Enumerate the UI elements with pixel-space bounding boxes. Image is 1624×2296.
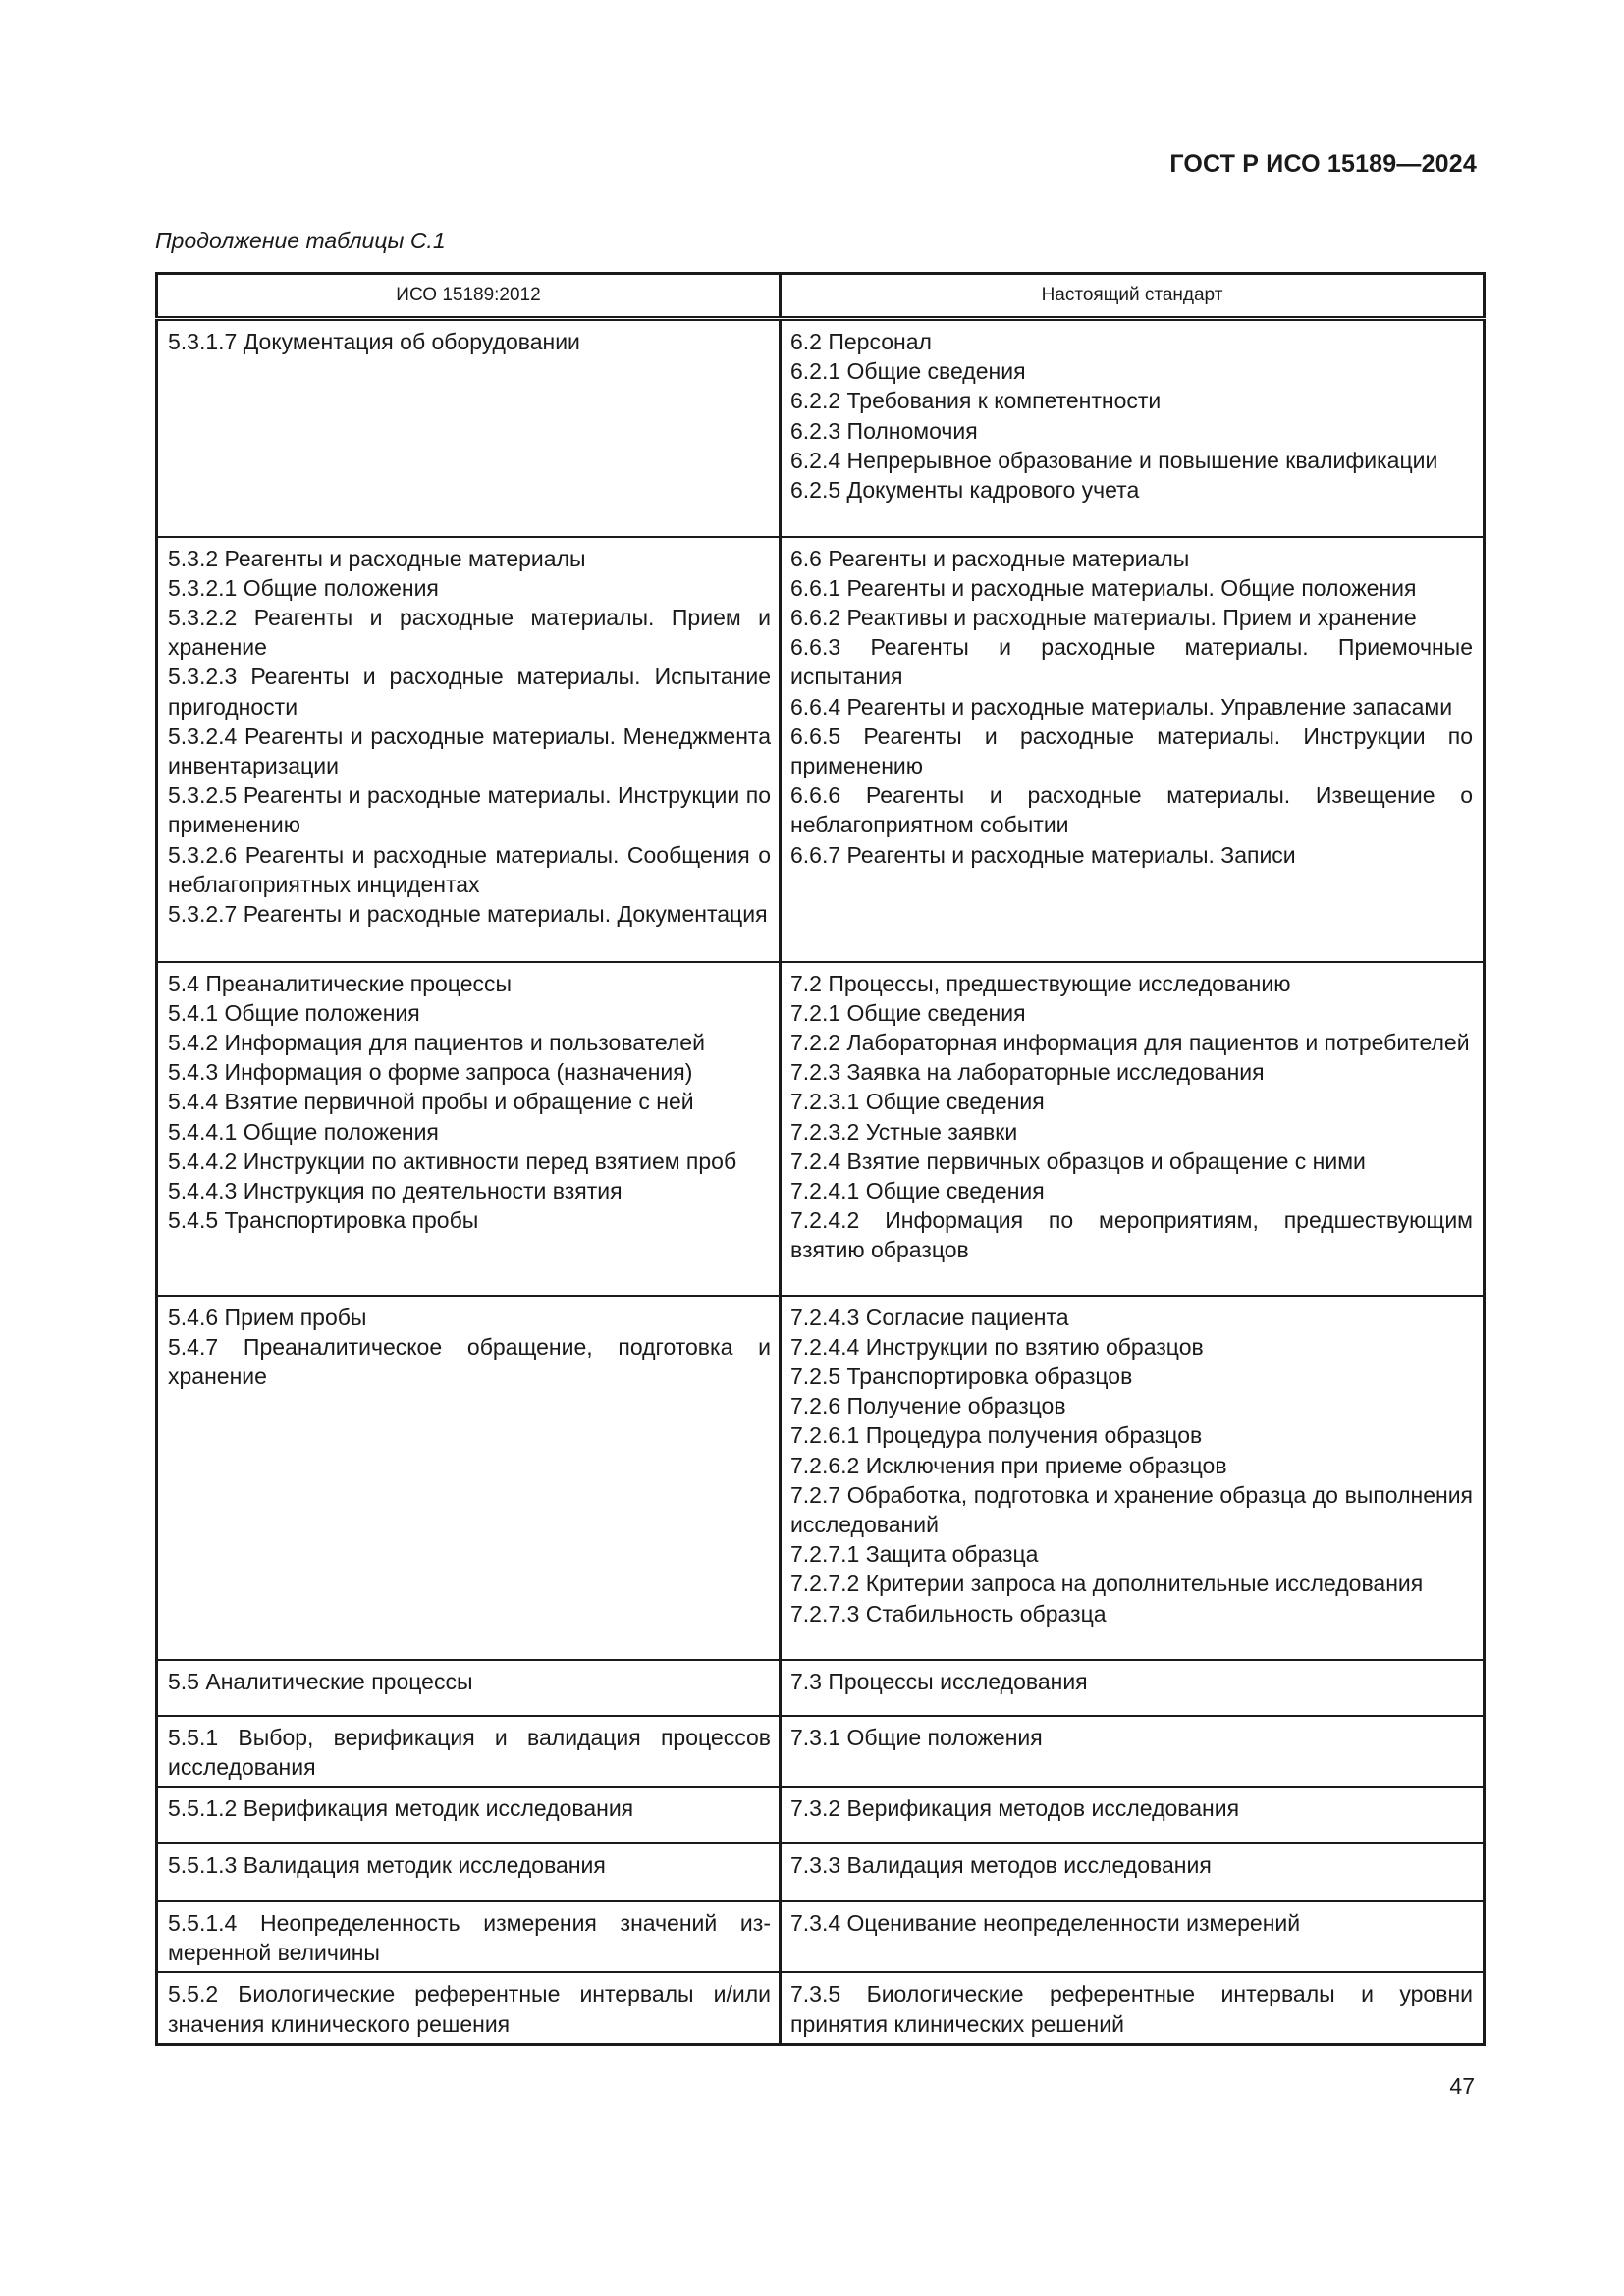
cell-current-standard: 7.3.3 Валидация методов исследования: [781, 1843, 1485, 1901]
cell-current-standard: 7.2.4.3 Согласие пациента7.2.4.4 Инструк…: [781, 1296, 1485, 1660]
clause-entry: 5.4.1 Общие положения: [168, 998, 771, 1028]
clause-entry: 5.5.1.3 Валидация методик исследования: [168, 1850, 771, 1880]
clause-entry: 6.6.4 Реагенты и расходные материалы. Уп…: [790, 692, 1473, 721]
cell-current-standard: 6.6 Реагенты и расходные материалы6.6.1 …: [781, 537, 1485, 962]
clause-entry: 7.3.5 Биологические референтные интервал…: [790, 1979, 1473, 2038]
clause-entry: 6.6.7 Реагенты и расходные материалы. За…: [790, 840, 1473, 870]
clause-entry: 7.2.4 Взятие первичных образцов и обраще…: [790, 1147, 1473, 1176]
standard-code-header: ГОСТ Р ИСО 15189—2024: [1169, 150, 1477, 179]
clause-entry: 5.3.2.5 Реагенты и расходные материалы. …: [168, 780, 771, 839]
cell-iso-2012: 5.4.6 Прием пробы5.4.7 Преаналитическое …: [157, 1296, 781, 1660]
table-body: 5.3.1.7 Документация об оборудовании6.2 …: [157, 319, 1485, 2045]
table-row: 5.5.1.2 Верификация методик исследования…: [157, 1787, 1485, 1843]
clause-entry: 7.2.4.2 Информация по мероприятиям, пред…: [790, 1205, 1473, 1264]
cell-iso-2012: 5.5.1.4 Неопределенность измерения значе…: [157, 1901, 781, 1972]
clause-entry: 7.3 Процессы исследования: [790, 1667, 1473, 1696]
clause-entry: 5.3.2.4 Реагенты и расходные материалы. …: [168, 721, 771, 780]
table-row: 5.5.2 Биологические референтные интервал…: [157, 1972, 1485, 2044]
clause-entry: 5.4.7 Преаналитическое обращение, подгот…: [168, 1332, 771, 1391]
clause-entry: 7.2.4.1 Общие сведения: [790, 1176, 1473, 1205]
cell-iso-2012: 5.5 Аналитические процессы: [157, 1660, 781, 1716]
cell-current-standard: 6.2 Персонал6.2.1 Общие сведения6.2.2 Тр…: [781, 319, 1485, 537]
clause-entry: 7.2.2 Лабораторная информация для пациен…: [790, 1028, 1473, 1057]
clause-entry: 6.2.3 Полномочия: [790, 416, 1473, 446]
clause-entry: 6.6.6 Реагенты и расходные материалы. Из…: [790, 780, 1473, 839]
clause-entry: 6.2 Персонал: [790, 327, 1473, 356]
clause-entry: 6.6.5 Реагенты и расходные материалы. Ин…: [790, 721, 1473, 780]
clause-entry: 5.4.3 Информация о форме запроса (назнач…: [168, 1057, 771, 1087]
clause-entry: 7.2.6 Получение образцов: [790, 1391, 1473, 1420]
clause-entry: 6.2.2 Требования к компетентности: [790, 386, 1473, 415]
clause-entry: 7.3.4 Оценивание неопределенности измере…: [790, 1908, 1473, 1938]
clause-entry: 5.3.1.7 Документация об оборудовании: [168, 327, 771, 356]
clause-entry: 5.4.6 Прием пробы: [168, 1303, 771, 1332]
cell-iso-2012: 5.3.1.7 Документация об оборудовании: [157, 319, 781, 537]
table-row: 5.5.1.4 Неопределенность измерения значе…: [157, 1901, 1485, 1972]
clause-entry: 5.3.2.3 Реагенты и расходные материалы. …: [168, 662, 771, 721]
clause-entry: 7.2.4.3 Согласие пациента: [790, 1303, 1473, 1332]
table-caption: Продолжение таблицы С.1: [155, 228, 446, 254]
clause-entry: 7.2.3.2 Устные заявки: [790, 1117, 1473, 1147]
clause-entry: 6.2.1 Общие сведения: [790, 356, 1473, 386]
clause-entry: 7.3.2 Верификация методов исследования: [790, 1793, 1473, 1823]
cell-current-standard: 7.3 Процессы исследования: [781, 1660, 1485, 1716]
table-row: 5.5.1.3 Валидация методик исследования7.…: [157, 1843, 1485, 1901]
clause-entry: 5.4.4.1 Общие положения: [168, 1117, 771, 1147]
table-row: 5.5 Аналитические процессы7.3 Процессы и…: [157, 1660, 1485, 1716]
clause-entry: 7.2.3.1 Общие сведения: [790, 1087, 1473, 1116]
clause-entry: 7.2.5 Транспортировка образцов: [790, 1362, 1473, 1391]
clause-entry: 5.5 Аналитические процессы: [168, 1667, 771, 1696]
column-header-current-standard: Настоящий стандарт: [781, 274, 1485, 319]
clause-entry: 6.6.2 Реактивы и расходные материалы. Пр…: [790, 603, 1473, 632]
clause-entry: 5.5.1.4 Неопределенность измерения значе…: [168, 1908, 771, 1967]
clause-entry: 5.4.4.2 Инструкции по активности перед в…: [168, 1147, 771, 1176]
column-header-iso-2012: ИСО 15189:2012: [157, 274, 781, 319]
correspondence-table-container: ИСО 15189:2012 Настоящий стандарт 5.3.1.…: [155, 272, 1483, 2046]
cell-iso-2012: 5.3.2 Реагенты и расходные материалы5.3.…: [157, 537, 781, 962]
clause-entry: 7.2.7.2 Критерии запроса на дополнительн…: [790, 1569, 1473, 1598]
clause-entry: 7.2.4.4 Инструкции по взятию образцов: [790, 1332, 1473, 1362]
cell-current-standard: 7.3.1 Общие положения: [781, 1716, 1485, 1787]
clause-entry: 5.3.2.7 Реагенты и расходные материалы. …: [168, 899, 771, 929]
table-row: 5.3.1.7 Документация об оборудовании6.2 …: [157, 319, 1485, 537]
clause-entry: 5.4.2 Информация для пациентов и пользов…: [168, 1028, 771, 1057]
clause-entry: 7.2.6.2 Исключения при приеме образцов: [790, 1451, 1473, 1480]
table-row: 5.3.2 Реагенты и расходные материалы5.3.…: [157, 537, 1485, 962]
clause-entry: 5.3.2 Реагенты и расходные материалы: [168, 544, 771, 573]
clause-entry: 6.2.5 Документы кадрового учета: [790, 475, 1473, 505]
cell-current-standard: 7.3.4 Оценивание неопределенности измере…: [781, 1901, 1485, 1972]
clause-entry: 5.4 Преаналитические процессы: [168, 969, 771, 998]
clause-entry: 7.2.7.1 Защита образца: [790, 1539, 1473, 1569]
clause-entry: 6.2.4 Непрерывное образование и повышени…: [790, 446, 1473, 475]
table-header-row: ИСО 15189:2012 Настоящий стандарт: [157, 274, 1485, 319]
cell-iso-2012: 5.5.1 Выбор, верификация и валидация про…: [157, 1716, 781, 1787]
clause-entry: 7.3.1 Общие положения: [790, 1723, 1473, 1752]
clause-entry: 5.4.4 Взятие первичной пробы и обращение…: [168, 1087, 771, 1116]
table-row: 5.4 Преаналитические процессы5.4.1 Общие…: [157, 962, 1485, 1296]
clause-entry: 6.6.1 Реагенты и расходные материалы. Об…: [790, 573, 1473, 603]
clause-entry: 5.4.5 Транспортировка пробы: [168, 1205, 771, 1235]
clause-entry: 5.5.2 Биологические референтные интервал…: [168, 1979, 771, 2038]
table-row: 5.4.6 Прием пробы5.4.7 Преаналитическое …: [157, 1296, 1485, 1660]
clause-entry: 6.6 Реагенты и расходные материалы: [790, 544, 1473, 573]
table-row: 5.5.1 Выбор, верификация и валидация про…: [157, 1716, 1485, 1787]
clause-entry: 7.3.3 Валидация методов исследования: [790, 1850, 1473, 1880]
cell-current-standard: 7.3.2 Верификация методов исследования: [781, 1787, 1485, 1843]
cell-current-standard: 7.2 Процессы, предшествующие исследовани…: [781, 962, 1485, 1296]
clause-entry: 5.4.4.3 Инструкция по деятельности взяти…: [168, 1176, 771, 1205]
clause-entry: 5.5.1 Выбор, верификация и валидация про…: [168, 1723, 771, 1782]
clause-entry: 5.3.2.2 Реагенты и расходные материалы. …: [168, 603, 771, 662]
cell-iso-2012: 5.5.2 Биологические референтные интервал…: [157, 1972, 781, 2044]
clause-entry: 7.2.1 Общие сведения: [790, 998, 1473, 1028]
cell-iso-2012: 5.5.1.3 Валидация методик исследования: [157, 1843, 781, 1901]
clause-entry: 6.6.3 Реагенты и расходные материалы. Пр…: [790, 632, 1473, 691]
clause-entry: 5.3.2.6 Реагенты и расходные материалы. …: [168, 840, 771, 899]
clause-entry: 5.3.2.1 Общие положения: [168, 573, 771, 603]
clause-entry: 7.2.7.3 Стабильность образца: [790, 1599, 1473, 1629]
clause-entry: 7.2.6.1 Процедура получения образцов: [790, 1420, 1473, 1450]
page-number: 47: [1449, 2073, 1475, 2100]
clause-entry: 7.2.3 Заявка на лабораторные исследовани…: [790, 1057, 1473, 1087]
cell-iso-2012: 5.4 Преаналитические процессы5.4.1 Общие…: [157, 962, 781, 1296]
clause-entry: 7.2.7 Обработка, подготовка и хранение о…: [790, 1480, 1473, 1539]
cell-current-standard: 7.3.5 Биологические референтные интервал…: [781, 1972, 1485, 2044]
clause-entry: 7.2 Процессы, предшествующие исследовани…: [790, 969, 1473, 998]
cell-iso-2012: 5.5.1.2 Верификация методик исследования: [157, 1787, 781, 1843]
clause-entry: 5.5.1.2 Верификация методик исследования: [168, 1793, 771, 1823]
correspondence-table: ИСО 15189:2012 Настоящий стандарт 5.3.1.…: [155, 272, 1486, 2046]
